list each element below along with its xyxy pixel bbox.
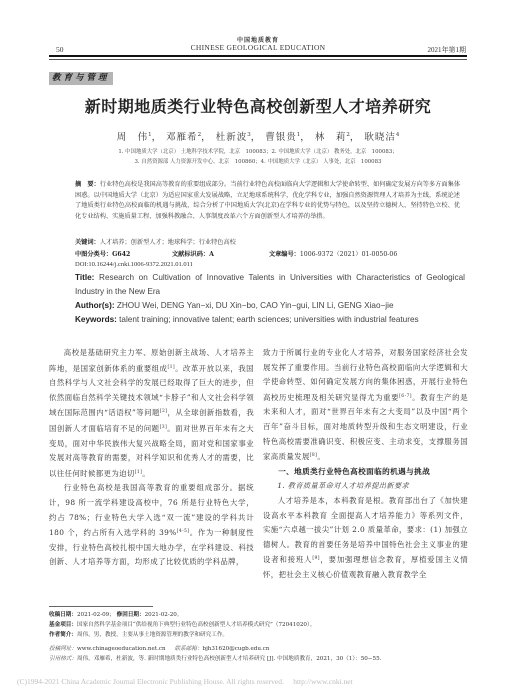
citation-ref[interactable]: [9] [312, 556, 320, 561]
footnote-bio: 作者简介：周伟，男，教授，主要从事土地资源管理的教学和研究工作。 [49, 630, 469, 640]
clc-value: G642 [112, 251, 130, 258]
affiliations-line-2: 3. 自然资源部 人力资源开发中心，北京 100860；4. 中国地质大学（北京… [0, 157, 516, 165]
subsection-heading: 1. 教育质量革命对人才培养提出新要求 [263, 479, 468, 494]
citation-ref[interactable]: [6-7] [399, 394, 412, 399]
abstract-label: 摘 要： [75, 181, 100, 188]
en-authors-text: ZHOU Wei, DENG Yan−xi, DU Xin−bo, CAO Yi… [115, 301, 394, 310]
en-keywords-label: Keywords: [75, 315, 117, 324]
keywords-cn: 关键词：人才培养；创新型人才；地球科学；行业特色高校 [75, 237, 236, 246]
bio-label: 作者简介： [49, 632, 77, 638]
footnote-contact: 投稿网址：www.chinageoeducation.net.cn 联系邮箱：b… [49, 644, 469, 654]
abstract: 摘 要：行业特色高校是我国高等教育的重要组成部分。当前行业特色高校面临向大学逻辑… [75, 180, 460, 222]
email-link[interactable]: bjh31620@cugb.edu.cn [202, 646, 269, 652]
fund-text: 国家自然科学基金项目“供给视角下典型行业特色高校创新型人才培养模式研究”（720… [77, 622, 315, 628]
author-list: 周 伟1， 邓雁希2， 杜新波3， 曹银贵1， 林 莉2， 耿晓洁4 [0, 129, 516, 143]
author-separator: ， [201, 132, 212, 143]
fund-label: 基金项目： [49, 622, 77, 628]
keywords-label: 关键词： [75, 239, 100, 246]
doi[interactable]: DOI:10.16244/j.cnki.1006-9372.2021.01.01… [75, 261, 193, 268]
body-paragraph: 高校是基础研究主力军、原始创新主战场、人才培养主阵地，是国家创新体系的重要组成[… [49, 346, 254, 481]
footnote-rule [49, 606, 153, 607]
website-link[interactable]: www.chinageoeducation.net.cn [77, 646, 166, 652]
author-name: 杜新波 [216, 132, 248, 143]
website-label: 投稿网址： [49, 646, 77, 652]
header-rule-thick [49, 55, 467, 57]
en-keywords-text: talent training; innovative talent; eart… [117, 315, 419, 324]
issue-label: 2021年第1期 [428, 45, 467, 55]
author-name: 林 莉 [315, 132, 347, 143]
en-title-text: Research on Cultivation of Innovative Ta… [75, 273, 465, 296]
cite-text: 周伟，邓雁希，杜新波，等. 新时期地质类行业特色高校创新型人才培养研究 [J].… [77, 656, 381, 662]
citation-ref[interactable]: [1] [167, 365, 175, 370]
text-run: 。 [317, 452, 325, 461]
footnotes: 收稿日期：2021-02-09； 修回日期：2021-02-20。 基金项目：国… [49, 610, 469, 664]
author-separator: ， [350, 132, 361, 143]
body-paragraph: 致力于所属行业的专业化人才培养，对服务国家经济社会发展发挥了重要作用。当前行业特… [263, 346, 468, 465]
author-name: 耿晓洁 [364, 132, 396, 143]
english-authors: Author(s): ZHOU Wei, DENG Yan−xi, DU Xin… [75, 299, 465, 313]
clc-label: 中图分类号： [75, 249, 112, 258]
text-run: 。教育生产的是未来和人才，面对“世界百年未有之大变局”以及中国“两个百年”奋斗目… [263, 393, 468, 461]
author-separator: ， [251, 132, 262, 143]
author-separator: ， [300, 132, 311, 143]
en-authors-label: Author(s): [75, 301, 115, 310]
keywords-text: 人才培养；创新型人才；地球科学；行业特色高校 [100, 239, 236, 246]
body-column-right: 致力于所属行业的专业化人才培养，对服务国家经济社会发展发挥了重要作用。当前行业特… [263, 346, 468, 583]
article-no-label: 文章编号： [269, 249, 300, 258]
author-name: 曹银贵 [265, 132, 297, 143]
header-rule-thin [49, 59, 467, 60]
email-label: 联系邮箱： [175, 646, 203, 652]
en-title-label: Title: [75, 273, 94, 282]
footnote-dates: 收稿日期：2021-02-09； 修回日期：2021-02-20。 [49, 610, 469, 620]
body-paragraph: 人才培养是本，本科教育是根。教育部出台了《加快建设高水平本科教育 全面提高人才培… [263, 494, 468, 583]
english-title: Title: Research on Cultivation of Innova… [75, 271, 465, 298]
footnote-fund: 基金项目：国家自然科学基金项目“供给视角下典型行业特色高校创新型人才培养模式研究… [49, 620, 469, 630]
footnote-citation: 引用格式：周伟，邓雁希，杜新波，等. 新时期地质类行业特色高校创新型人才培养研究… [49, 654, 469, 664]
citation-ref[interactable]: [3] [160, 425, 168, 430]
received-date: 2021-02-09； [77, 612, 115, 618]
article-title: 新时期地质类行业特色高校创新型人才培养研究 [0, 94, 516, 117]
page-number: 50 [56, 45, 64, 54]
author-name: 邓雁希 [166, 132, 198, 143]
revised-label: 修回日期： [117, 612, 145, 618]
author-affil-sup: 4 [396, 132, 400, 138]
bio-text: 周伟，男，教授，主要从事土地资源管理的教学和研究工作。 [77, 632, 228, 638]
doc-code-label: 文献标识码： [172, 249, 209, 258]
affiliations-line-1: 1. 中国地质大学（北京） 土地科学技术学院，北京 100083；2. 中国地质… [0, 147, 516, 155]
revised-date: 2021-02-20。 [145, 612, 183, 618]
english-keywords: Keywords: talent training; innovative ta… [75, 313, 465, 327]
doc-code-value: A [209, 251, 214, 258]
received-label: 收稿日期： [49, 612, 77, 618]
body-column-left: 高校是基础研究主力军、原始创新主战场、人才培养主阵地，是国家创新体系的重要组成[… [49, 346, 254, 570]
text-run: 。 [142, 469, 150, 478]
classification-row: 中图分类号：G642 文献标识码：A 文章编号：1006-9372（2021）0… [75, 249, 460, 258]
citation-ref[interactable]: [4-5] [177, 529, 190, 534]
body-paragraph: 行业特色高校是我国高等教育的重要组成部分。据统计，98 所一流学科建设高校中，7… [49, 481, 254, 570]
copyright-notice: (C)1994-2021 China Academic Journal Elec… [17, 676, 353, 687]
section-heading: 一、地质类行业特色高校面临的机遇与挑战 [263, 465, 468, 480]
section-tag: 教育与管理 [49, 72, 113, 85]
article-no-value: 1006-9372（2021）01-0050-06 [300, 249, 397, 258]
cite-label: 引用格式： [49, 656, 77, 662]
author-name: 周 伟 [117, 132, 149, 143]
author-separator: ， [152, 132, 163, 143]
abstract-text: 行业特色高校是我国高等教育的重要组成部分。当前行业特色高校面临向大学逻辑和大学使… [75, 181, 460, 220]
